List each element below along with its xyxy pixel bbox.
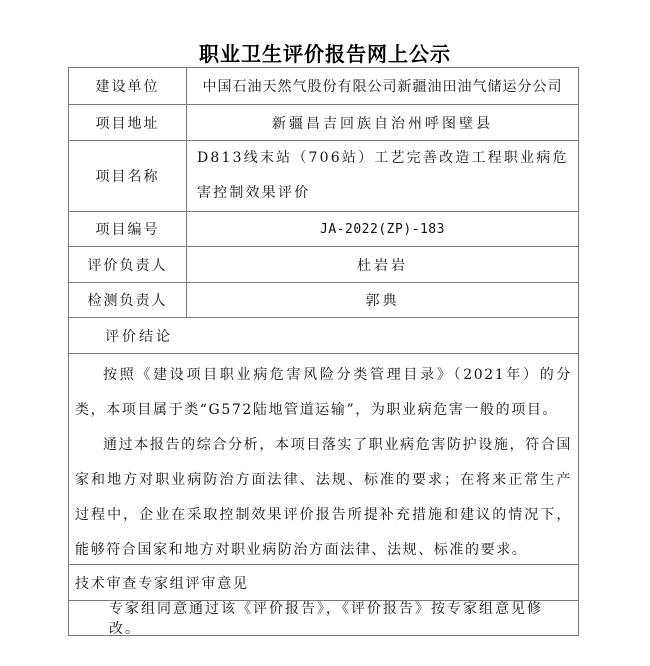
table-row-construction-unit: 建设单位 中国石油天然气股份有限公司新疆油田油气储运分公司 — [69, 68, 578, 104]
row-label: 项目名称 — [69, 141, 187, 211]
conclusion-body-row: 按照《建设项目职业病危害风险分类管理目录》（2021年）的分类，本项目属于类“G… — [69, 353, 578, 564]
row-label: 检测负责人 — [69, 283, 187, 317]
row-value: 郭典 — [187, 283, 578, 317]
row-label: 项目编号 — [69, 212, 187, 246]
table-row-testing-lead: 检测负责人 郭典 — [69, 282, 578, 317]
row-value: 杜岩岩 — [187, 247, 578, 282]
row-value: 新疆昌吉回族自治州呼图壁县 — [187, 105, 578, 140]
review-heading: 技术审查专家组评审意见 — [69, 565, 255, 600]
conclusion-heading: 评价结论 — [69, 318, 179, 353]
row-value: JA-2022(ZP)-183 — [187, 212, 578, 246]
row-label: 建设单位 — [69, 68, 187, 104]
conclusion-paragraph-1: 按照《建设项目职业病危害风险分类管理目录》（2021年）的分类，本项目属于类“G… — [75, 358, 572, 428]
row-label: 项目地址 — [69, 105, 187, 140]
conclusion-paragraph-2: 通过本报告的综合分析，本项目落实了职业病危害防护设施，符合国家和地方对职业病防治… — [75, 428, 572, 568]
table-row-project-name: 项目名称 D813线末站（706站）工艺完善改造工程职业病危害控制效果评价 — [69, 140, 578, 211]
review-opinion-row: 专家组同意通过该《评价报告》，《评价报告》按专家组意见修改。 — [69, 600, 578, 635]
page-title: 职业卫生评价报告网上公示 — [0, 38, 650, 67]
review-opinion: 专家组同意通过该《评价报告》，《评价报告》按专家组意见修改。 — [69, 601, 578, 635]
row-value: 中国石油天然气股份有限公司新疆油田油气储运分公司 — [187, 68, 578, 104]
table-row-evaluation-lead: 评价负责人 杜岩岩 — [69, 246, 578, 282]
conclusion-heading-row: 评价结论 — [69, 317, 578, 353]
row-label: 评价负责人 — [69, 247, 187, 282]
row-value: D813线末站（706站）工艺完善改造工程职业病危害控制效果评价 — [187, 141, 578, 211]
conclusion-body: 按照《建设项目职业病危害风险分类管理目录》（2021年）的分类，本项目属于类“G… — [69, 354, 578, 564]
table-row-project-number: 项目编号 JA-2022(ZP)-183 — [69, 211, 578, 246]
table-row-project-address: 项目地址 新疆昌吉回族自治州呼图壁县 — [69, 104, 578, 140]
review-heading-row: 技术审查专家组评审意见 — [69, 564, 578, 600]
info-table: 建设单位 中国石油天然气股份有限公司新疆油田油气储运分公司 项目地址 新疆昌吉回… — [68, 67, 579, 636]
